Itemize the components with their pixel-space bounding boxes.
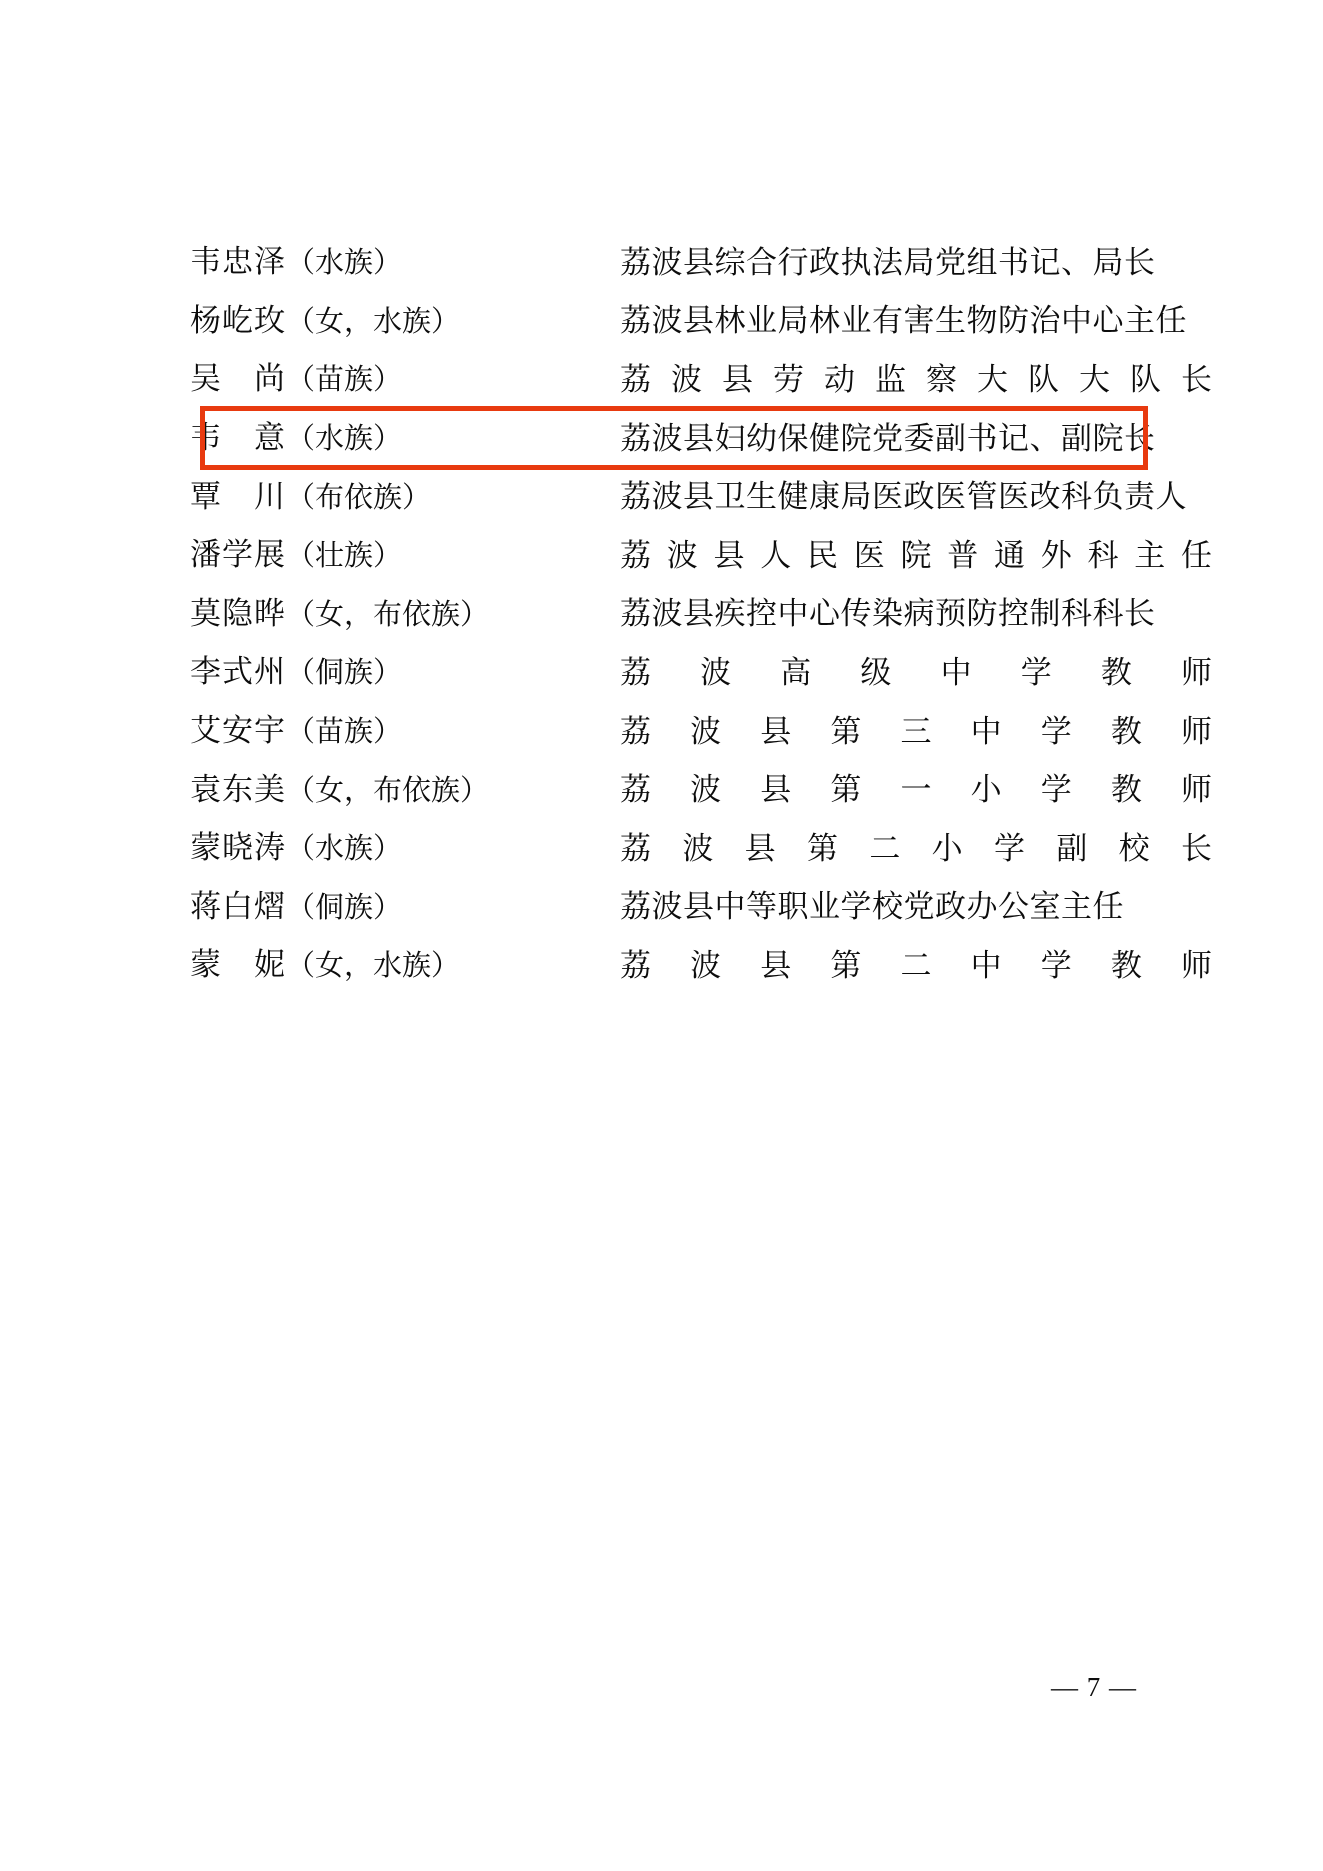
person-name: 蒋白熠 xyxy=(190,889,286,924)
person-position: 荔波县疾控中心传染病预防控制科科长 xyxy=(620,598,1212,629)
person-ethnic-group: （水族） xyxy=(286,423,402,455)
table-row: 艾安宇（苗族） 荔波县第三中学教师 xyxy=(0,702,1323,761)
person-position: 荔波县中等职业学校党政办公室主任 xyxy=(620,891,1212,922)
table-row: 吴 尚（苗族） 荔波县劳动监察大队大队长 xyxy=(0,350,1323,409)
person-name: 潘学展 xyxy=(190,537,286,572)
person-name: 杨屹玫 xyxy=(190,303,286,338)
person-name: 蒙晓涛 xyxy=(190,830,286,865)
person-ethnic-group: （女，水族） xyxy=(286,950,460,982)
person-name-cell: 潘学展（壮族） xyxy=(190,539,620,571)
table-row: 潘学展（壮族） 荔波县人民医院普通外科主任 xyxy=(0,526,1323,585)
table-row: 杨屹玫（女，水族） 荔波县林业局林业有害生物防治中心主任 xyxy=(0,292,1323,351)
page-number: — 7 — xyxy=(1051,1672,1137,1703)
person-name-cell: 李式州（侗族） xyxy=(190,656,620,688)
table-row: 莫隐晔（女，布依族） 荔波县疾控中心传染病预防控制科科长 xyxy=(0,585,1323,644)
person-ethnic-group: （侗族） xyxy=(286,892,402,924)
person-position: 荔波县第二中学教师 xyxy=(620,950,1212,981)
person-ethnic-group: （壮族） xyxy=(286,540,402,572)
person-position: 荔波县卫生健康局医政医管医改科负责人 xyxy=(620,481,1212,512)
person-ethnic-group: （布依族） xyxy=(286,482,431,514)
person-name-cell: 蒙晓涛（水族） xyxy=(190,832,620,864)
person-name-cell: 蒋白熠（侗族） xyxy=(190,891,620,923)
person-name-cell: 吴 尚（苗族） xyxy=(190,363,620,395)
person-name: 韦 意 xyxy=(190,420,286,455)
table-row: 袁东美（女，布依族） 荔波县第一小学教师 xyxy=(0,760,1323,819)
table-row: 蒙晓涛（水族） 荔波县第二小学副校长 xyxy=(0,819,1323,878)
person-position: 荔波高级中学教师 xyxy=(620,657,1212,688)
person-position: 荔波县第一小学教师 xyxy=(620,774,1212,805)
person-ethnic-group: （水族） xyxy=(286,833,402,865)
person-name-cell: 莫隐晔（女，布依族） xyxy=(190,598,620,630)
person-position: 荔波县劳动监察大队大队长 xyxy=(620,364,1212,395)
person-name: 莫隐晔 xyxy=(190,596,286,631)
table-row: 韦忠泽（水族） 荔波县综合行政执法局党组书记、局长 xyxy=(0,233,1323,292)
person-name-cell: 艾安宇（苗族） xyxy=(190,715,620,747)
table-row: 蒋白熠（侗族） 荔波县中等职业学校党政办公室主任 xyxy=(0,878,1323,937)
person-name: 蒙 妮 xyxy=(190,947,286,982)
person-name-cell: 袁东美（女，布依族） xyxy=(190,774,620,806)
person-name: 吴 尚 xyxy=(190,361,286,396)
person-position: 荔波县妇幼保健院党委副书记、副院长 xyxy=(620,423,1212,454)
person-name: 覃 川 xyxy=(190,479,286,514)
document-page: 韦忠泽（水族） 荔波县综合行政执法局党组书记、局长 杨屹玫（女，水族） 荔波县林… xyxy=(0,0,1323,1871)
person-name-cell: 韦忠泽（水族） xyxy=(190,246,620,278)
person-ethnic-group: （苗族） xyxy=(286,716,402,748)
person-position: 荔波县第二小学副校长 xyxy=(620,833,1212,864)
person-ethnic-group: （女，布依族） xyxy=(286,775,489,807)
person-ethnic-group: （苗族） xyxy=(286,364,402,396)
person-name-cell: 韦 意（水族） xyxy=(190,422,620,454)
person-position: 荔波县综合行政执法局党组书记、局长 xyxy=(620,247,1212,278)
person-ethnic-group: （水族） xyxy=(286,247,402,279)
awardee-list: 韦忠泽（水族） 荔波县综合行政执法局党组书记、局长 杨屹玫（女，水族） 荔波县林… xyxy=(0,233,1323,995)
person-ethnic-group: （女，水族） xyxy=(286,306,460,338)
person-ethnic-group: （女，布依族） xyxy=(286,599,489,631)
table-row: 蒙 妮（女，水族） 荔波县第二中学教师 xyxy=(0,936,1323,995)
person-name: 韦忠泽 xyxy=(190,244,286,279)
person-position: 荔波县人民医院普通外科主任 xyxy=(620,540,1212,571)
table-row: 韦 意（水族） 荔波县妇幼保健院党委副书记、副院长 xyxy=(0,409,1323,468)
person-name: 艾安宇 xyxy=(190,713,286,748)
person-name: 袁东美 xyxy=(190,772,286,807)
person-name-cell: 覃 川（布依族） xyxy=(190,481,620,513)
person-position: 荔波县第三中学教师 xyxy=(620,716,1212,747)
person-name-cell: 蒙 妮（女，水族） xyxy=(190,949,620,981)
person-position: 荔波县林业局林业有害生物防治中心主任 xyxy=(620,305,1212,336)
table-row: 覃 川（布依族） 荔波县卫生健康局医政医管医改科负责人 xyxy=(0,467,1323,526)
person-name: 李式州 xyxy=(190,654,286,689)
person-name-cell: 杨屹玫（女，水族） xyxy=(190,305,620,337)
person-ethnic-group: （侗族） xyxy=(286,657,402,689)
table-row: 李式州（侗族） 荔波高级中学教师 xyxy=(0,643,1323,702)
